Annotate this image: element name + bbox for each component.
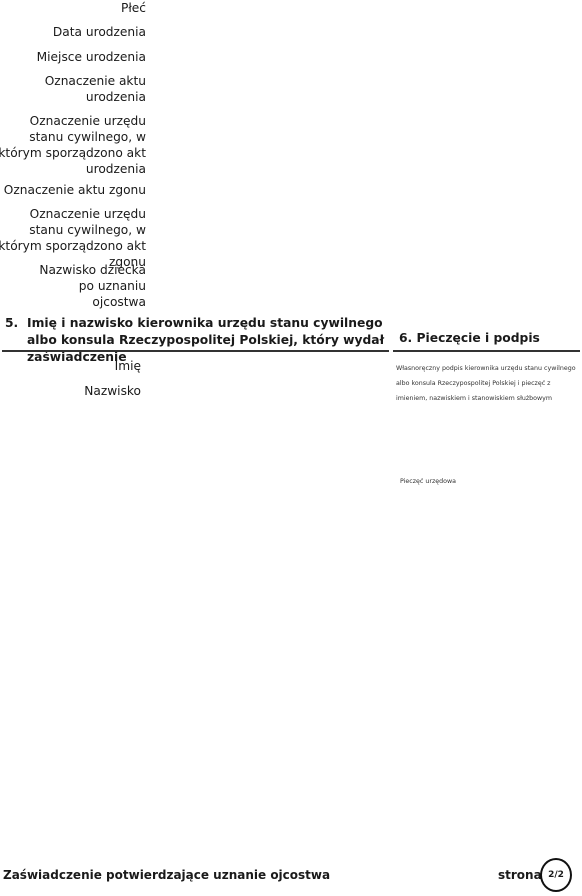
footer-page-label: strona: [498, 868, 542, 882]
field-label-birth-registry-office: Oznaczenie urzędu stanu cywilnego, w któ…: [0, 113, 146, 177]
field-label-first-name: Imię: [115, 359, 141, 373]
field-label-death-registry-office: Oznaczenie urzędu stanu cywilnego, w któ…: [0, 206, 146, 270]
stamp-label: Pieczęć urzędowa: [400, 478, 456, 485]
field-label-sex: Płeć: [0, 0, 146, 16]
section-6-divider: [393, 350, 580, 352]
page-number-badge: 2/2: [540, 858, 572, 892]
section-6-title: 6. Pieczęcie i podpis: [399, 331, 540, 345]
field-label-birth-place: Miejsce urodzenia: [0, 49, 146, 65]
section-5-divider: [2, 350, 389, 352]
field-label-child-surname: Nazwisko dziecka po uznaniu ojcostwa: [26, 262, 146, 310]
section-5-heading: 5. Imię i nazwisko kierownika urzędu sta…: [5, 315, 390, 366]
signature-note: Własnoręczny podpis kierownika urzędu st…: [396, 362, 580, 406]
field-label-birth-record: Oznaczenie aktu urodzenia: [36, 73, 146, 105]
section-5-title: Imię i nazwisko kierownika urzędu stanu …: [27, 315, 390, 366]
field-label-surname: Nazwisko: [84, 384, 141, 398]
page-number: 2/2: [548, 870, 564, 880]
section-5-number: 5.: [5, 315, 18, 332]
footer-document-title: Zaświadczenie potwierdzające uznanie ojc…: [3, 868, 330, 882]
field-labels: Płeć Data urodzenia Miejsce urodzenia Oz…: [0, 0, 146, 300]
field-label-birth-date: Data urodzenia: [0, 24, 146, 40]
field-label-death-record: Oznaczenie aktu zgonu: [0, 182, 146, 198]
